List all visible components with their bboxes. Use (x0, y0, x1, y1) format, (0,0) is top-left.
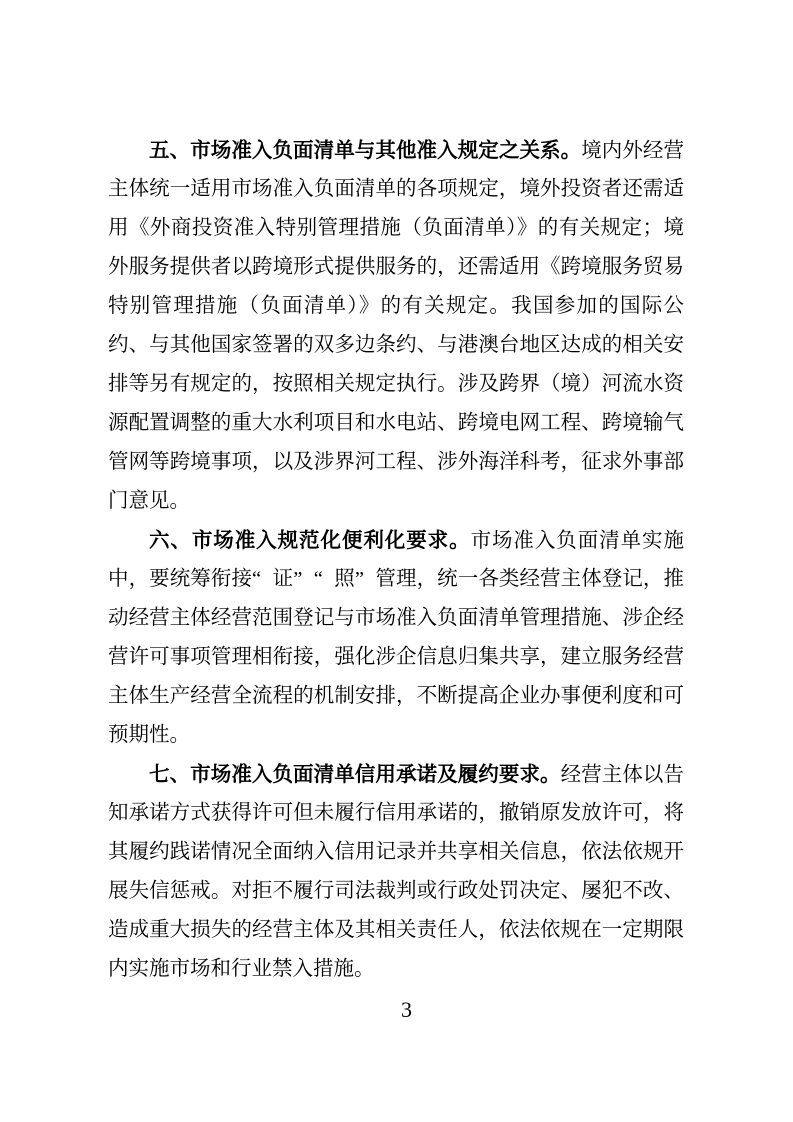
text-line: 其履约践诺情况全面纳入信用记录并共享相关信息，依法依规开 (108, 833, 684, 872)
fullwidth-quote: “ (252, 560, 273, 599)
text-line: 预期性。 (108, 716, 684, 755)
text-line: 特别管理措施（负面清单）》的有关规定。我国参加的国际公 (108, 287, 684, 326)
text-line: 六、市场准入规范化便利化要求。市场准入负面清单实施 (108, 521, 684, 560)
fullwidth-quote: ” (355, 560, 376, 599)
text-line: 知承诺方式获得许可但未履行信用承诺的，撤销原发放许可，将 (108, 794, 684, 833)
text-line: 约、与其他国家签署的双多边条约、与港澳台地区达成的相关安 (108, 326, 684, 365)
paragraph: 七、市场准入负面清单信用承诺及履约要求。经营主体以告知承诺方式获得许可但未履行信… (108, 755, 684, 989)
text-line: 主体生产经营全流程的机制安排，不断提高企业办事便利度和可 (108, 677, 684, 716)
fullwidth-quote: “ (314, 560, 335, 599)
text-line: 动经营主体经营范围登记与市场准入负面清单管理措施、涉企经 (108, 599, 684, 638)
text-line: 营许可事项管理相衔接，强化涉企信息归集共享，建立服务经营 (108, 638, 684, 677)
section-heading: 七、市场准入负面清单信用承诺及履约要求。 (149, 763, 561, 786)
page: 五、市场准入负面清单与其他准入规定之关系。境内外经营主体统一适用市场准入负面清单… (0, 0, 793, 1122)
paragraph: 六、市场准入规范化便利化要求。市场准入负面清单实施中，要统筹衔接“证”“照”管理… (108, 521, 684, 755)
paragraph: 五、市场准入负面清单与其他准入规定之关系。境内外经营主体统一适用市场准入负面清单… (108, 131, 684, 521)
text-line: 展失信惩戒。对拒不履行司法裁判或行政处罚决定、屡犯不改、 (108, 872, 684, 911)
text-line: 主体统一适用市场准入负面清单的各项规定，境外投资者还需适 (108, 170, 684, 209)
text-line: 排等另有规定的，按照相关规定执行。涉及跨界（境）河流水资 (108, 365, 684, 404)
text-line: 中，要统筹衔接“证”“照”管理，统一各类经营主体登记，推 (108, 560, 684, 599)
fullwidth-quote: ” (293, 560, 314, 599)
text-line: 造成重大损失的经营主体及其相关责任人，依法依规在一定期限 (108, 911, 684, 950)
text-line: 管网等跨境事项，以及涉界河工程、涉外海洋科考，征求外事部 (108, 443, 684, 482)
section-heading: 六、市场准入规范化便利化要求。 (149, 529, 471, 552)
document-page: { "page": { "background": "#ffffff", "te… (0, 0, 793, 1122)
text-line: 源配置调整的重大水利项目和水电站、跨境电网工程、跨境输气 (108, 404, 684, 443)
page-number: 3 (10, 998, 793, 1022)
document-text: 五、市场准入负面清单与其他准入规定之关系。境内外经营主体统一适用市场准入负面清单… (108, 131, 684, 989)
text-line: 门意见。 (108, 482, 684, 521)
text-line: 内实施市场和行业禁入措施。 (108, 950, 684, 989)
text-line: 七、市场准入负面清单信用承诺及履约要求。经营主体以告 (108, 755, 684, 794)
text-line: 用《外商投资准入特别管理措施（负面清单）》的有关规定；境 (108, 209, 684, 248)
section-heading: 五、市场准入负面清单与其他准入规定之关系。 (149, 139, 581, 162)
text-line: 外服务提供者以跨境形式提供服务的，还需适用《跨境服务贸易 (108, 248, 684, 287)
text-line: 五、市场准入负面清单与其他准入规定之关系。境内外经营 (108, 131, 684, 170)
